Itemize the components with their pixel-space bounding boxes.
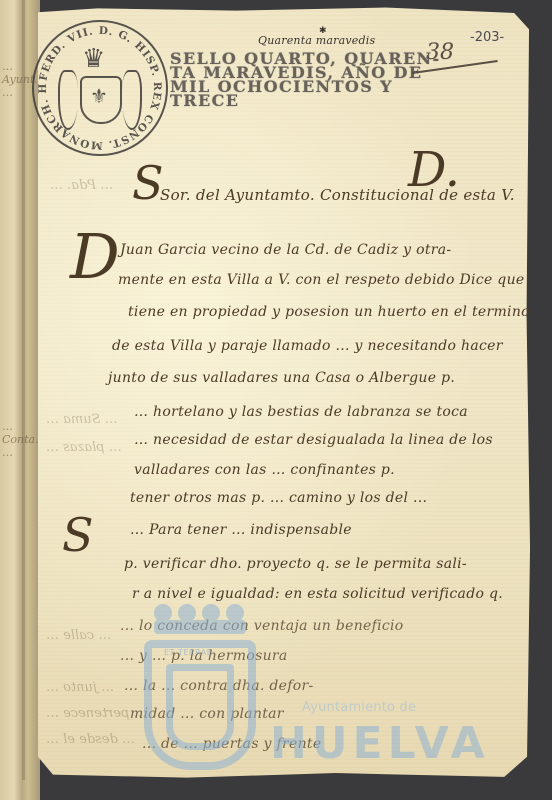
stamp-line: TRECE xyxy=(170,94,500,108)
royal-seal-stamp: FERD. VII. D. G. HISP. REX CONST. MONARC… xyxy=(32,20,168,156)
body-line: … hortelano y las bestias de labranza se… xyxy=(134,404,468,420)
archive-watermark: ET TERRAE Ayuntamiento de HUELVA xyxy=(130,600,490,780)
body-line: tiene en propiedad y posesion un huerto … xyxy=(128,304,530,320)
price-note: Quarenta maravedis xyxy=(258,34,375,47)
watermark-motto: ET TERRAE xyxy=(164,648,212,657)
stamped-paper-heading: SELLO QUARTO, QUAREN- TA MARAVEDIS, AÑO … xyxy=(170,52,500,108)
body-line: de esta Villa y paraje llamado ... y nec… xyxy=(112,338,503,354)
salutation-line: Sor. del Ayuntamto. Constitucional de es… xyxy=(160,186,515,204)
spine-fold xyxy=(22,0,25,780)
bleed-through-text: … Pda. … xyxy=(50,178,113,193)
crown-icon: ♛ xyxy=(82,44,105,74)
watermark-city: HUELVA xyxy=(270,718,490,769)
body-line: valladares con las … confinantes p. xyxy=(134,462,395,478)
body-line: p. verificar dho. proyecto q. se le perm… xyxy=(124,556,467,572)
paragraph-initial: S xyxy=(62,512,94,558)
bleed-through-text: … desde el … xyxy=(46,732,135,747)
seal-mantle-left xyxy=(58,70,78,130)
archive-number: -203- xyxy=(470,30,504,45)
bleed-through-text: … plazas … xyxy=(46,440,122,455)
body-line: … Para tener ... indispensable xyxy=(130,522,352,538)
paragraph-initial: D xyxy=(70,226,120,288)
watermark-crown-icon xyxy=(154,604,246,634)
seal-mantle-right xyxy=(122,70,142,130)
spine-bleed-text: … Conta. … xyxy=(2,420,40,459)
body-line: Juan Garcia vecino de la Cd. de Cadiz y … xyxy=(120,242,451,258)
body-line: mente en esta Villa a V. con el respeto … xyxy=(118,272,524,288)
body-line: tener otros mas p. ... camino y los del … xyxy=(130,490,427,506)
bleed-through-text: … calle … xyxy=(46,628,111,643)
watermark-shield-inner xyxy=(166,664,234,750)
fleur-de-lis-icon: ⚜ xyxy=(90,84,108,108)
salutation-right: D. xyxy=(408,146,460,194)
salutation-initial: S xyxy=(132,160,164,206)
watermark-subtitle: Ayuntamiento de xyxy=(302,700,416,715)
bleed-through-text: … Suma … xyxy=(46,412,118,427)
body-line: … necesidad de estar desigualada la line… xyxy=(134,432,493,448)
bleed-through-text: … junto … xyxy=(46,680,114,695)
body-line: junto de sus valladares una Casa o Alber… xyxy=(108,370,455,386)
